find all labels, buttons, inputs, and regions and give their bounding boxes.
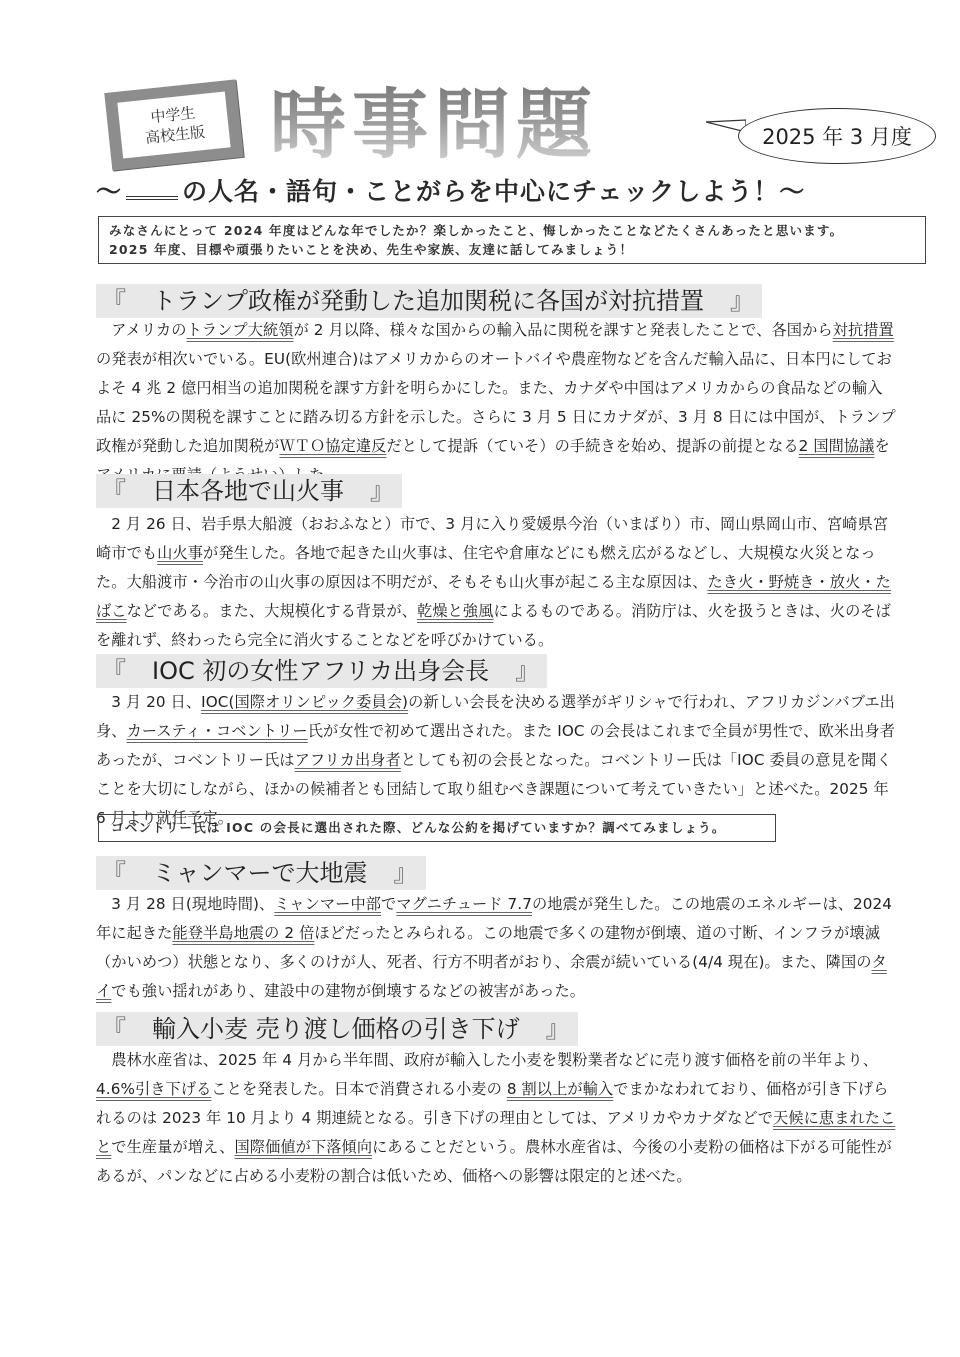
body-text: 農林水産省は、2025 年 4 月から半年間、政府が輸入した小麦を製粉業者などに… xyxy=(111,1051,878,1069)
section-body-wheat: 農林水産省は、2025 年 4 月から半年間、政府が輸入した小麦を製粉業者などに… xyxy=(96,1046,896,1191)
section-title-earthquake: 『ミャンマーで大地震』 xyxy=(96,856,426,890)
section-title-tariffs: 『トランプ政権が発動した追加関税に各国が対抗措置』 xyxy=(96,284,762,318)
section-title-text: IOC 初の女性アフリカ出身会長 xyxy=(152,657,489,685)
key-term: 国際価値が下落傾向 xyxy=(235,1138,373,1156)
close-bracket: 』 xyxy=(394,859,418,887)
intro-box: みなさんにとって 2024 年度はどんな年でしたか？楽しかったこと、悔しかったこ… xyxy=(98,216,926,264)
section-body-ioc: 3 月 20 日、IOC(国際オリンピック委員会)の新しい会長を決める選挙がギリ… xyxy=(96,688,896,833)
key-term: 能登半島地震の 2 倍 xyxy=(172,924,314,942)
close-bracket: 』 xyxy=(546,1015,570,1043)
paragraph: 2 月 26 日、岩手県大船渡（おおふなと）市で、3 月に入り愛媛県今治（いまば… xyxy=(96,510,896,655)
month-badge: 2025 年 3 月度 xyxy=(738,108,936,164)
underline-sample xyxy=(126,174,178,200)
section-title-wheat: 『輸入小麦 売り渡し価格の引き下げ』 xyxy=(96,1012,578,1046)
key-term: 4.6%引き下げる xyxy=(96,1080,211,1098)
body-text: だとして提訴（ていそ）の手続きを始め、提訴の前提となる xyxy=(386,437,798,455)
page-title: 時事問題 xyxy=(270,80,598,170)
body-text: で生産量が増え、 xyxy=(111,1138,234,1156)
key-term: 山火事 xyxy=(157,544,203,562)
section-title-wildfires: 『日本各地で山火事』 xyxy=(96,474,402,508)
section-title-text: トランプ政権が発動した追加関税に各国が対抗措置 xyxy=(152,287,704,315)
key-term: 乾燥と強風 xyxy=(417,602,493,620)
body-text: でも強い揺れがあり、建設中の建物が倒壊するなどの被害があった。 xyxy=(111,982,585,1000)
section-body-wildfires: 2 月 26 日、岩手県大船渡（おおふなと）市で、3 月に入り愛媛県今治（いまば… xyxy=(96,510,896,655)
section-body-tariffs: アメリカのトランプ大統領が 2 月以降、様々な国からの輸入品に関税を課すと発表し… xyxy=(96,316,896,490)
key-term: 対抗措置 xyxy=(833,321,894,339)
close-bracket: 』 xyxy=(730,287,754,315)
close-bracket: 』 xyxy=(370,477,394,505)
paragraph: 3 月 28 日(現地時間)、ミャンマー中部でマグニチュード 7.7の地震が発生… xyxy=(96,890,896,1006)
section-title-text: ミャンマーで大地震 xyxy=(152,859,368,887)
key-term: 8 割以上が輸入 xyxy=(507,1080,613,1098)
key-term: ＷＴＯ協定違反 xyxy=(279,437,386,455)
subtitle: ～の人名・語句・ことがらを中心にチェックしよう！～ xyxy=(96,172,805,208)
open-bracket: 『 xyxy=(102,1015,126,1043)
body-text: アメリカの xyxy=(111,321,186,339)
paragraph: アメリカのトランプ大統領が 2 月以降、様々な国からの輸入品に関税を課すと発表し… xyxy=(96,316,896,490)
subtitle-prefix: ～ xyxy=(96,177,122,206)
key-term: マグニチュード 7.7 xyxy=(396,895,532,913)
subtitle-text: の人名・語句・ことがらを中心にチェックしよう！～ xyxy=(182,177,805,206)
open-bracket: 『 xyxy=(102,859,126,887)
key-term: ミャンマー中部 xyxy=(274,895,381,913)
close-bracket: 』 xyxy=(515,657,539,685)
body-text: で xyxy=(381,895,396,913)
month-label: 2025 年 3 月度 xyxy=(762,121,912,151)
body-text: などである。また、大規模化する背景が、 xyxy=(127,602,417,620)
intro-line-2: 2025 年度、目標や頑張りたいことを決め、先生や家族、友達に話してみましょう！ xyxy=(109,240,915,259)
section-title-text: 日本各地で山火事 xyxy=(152,477,344,505)
open-bracket: 『 xyxy=(102,287,126,315)
section-title-text: 輸入小麦 売り渡し価格の引き下げ xyxy=(152,1015,520,1043)
grade-label: 中学生 高校生版 xyxy=(117,92,230,159)
body-text: 3 月 20 日、 xyxy=(111,693,201,711)
body-text: ことを発表した。日本で消費される小麦の xyxy=(211,1080,506,1098)
paragraph: 農林水産省は、2025 年 4 月から半年間、政府が輸入した小麦を製粉業者などに… xyxy=(96,1046,896,1191)
key-term: 2 国間協議 xyxy=(799,437,875,455)
intro-line-1: みなさんにとって 2024 年度はどんな年でしたか？楽しかったこと、悔しかったこ… xyxy=(109,221,915,240)
grade-label-frame: 中学生 高校生版 xyxy=(104,79,243,170)
open-bracket: 『 xyxy=(102,657,126,685)
section-body-earthquake: 3 月 28 日(現地時間)、ミャンマー中部でマグニチュード 7.7の地震が発生… xyxy=(96,890,896,1006)
key-term: アフリカ出身者 xyxy=(295,751,401,769)
key-term: カースティ・コベントリー xyxy=(127,722,308,740)
key-term: IOC(国際オリンピック委員会) xyxy=(201,693,408,711)
key-term: トランプ大統領 xyxy=(187,321,294,339)
research-task-box: コベントリー氏は IOC の会長に選出された際、どんな公約を掲げていますか？調べ… xyxy=(98,814,776,842)
body-text: 3 月 28 日(現地時間)、 xyxy=(111,895,274,913)
open-bracket: 『 xyxy=(102,477,126,505)
worksheet-page: 中学生 高校生版 時事問題 2025 年 3 月度 ～の人名・語句・ことがらを中… xyxy=(0,0,960,1357)
paragraph: 3 月 20 日、IOC(国際オリンピック委員会)の新しい会長を決める選挙がギリ… xyxy=(96,688,896,833)
section-title-ioc: 『IOC 初の女性アフリカ出身会長』 xyxy=(96,654,547,688)
body-text: が 2 月以降、様々な国からの輸入品に関税を課すと発表したことで、各国から xyxy=(294,321,833,339)
